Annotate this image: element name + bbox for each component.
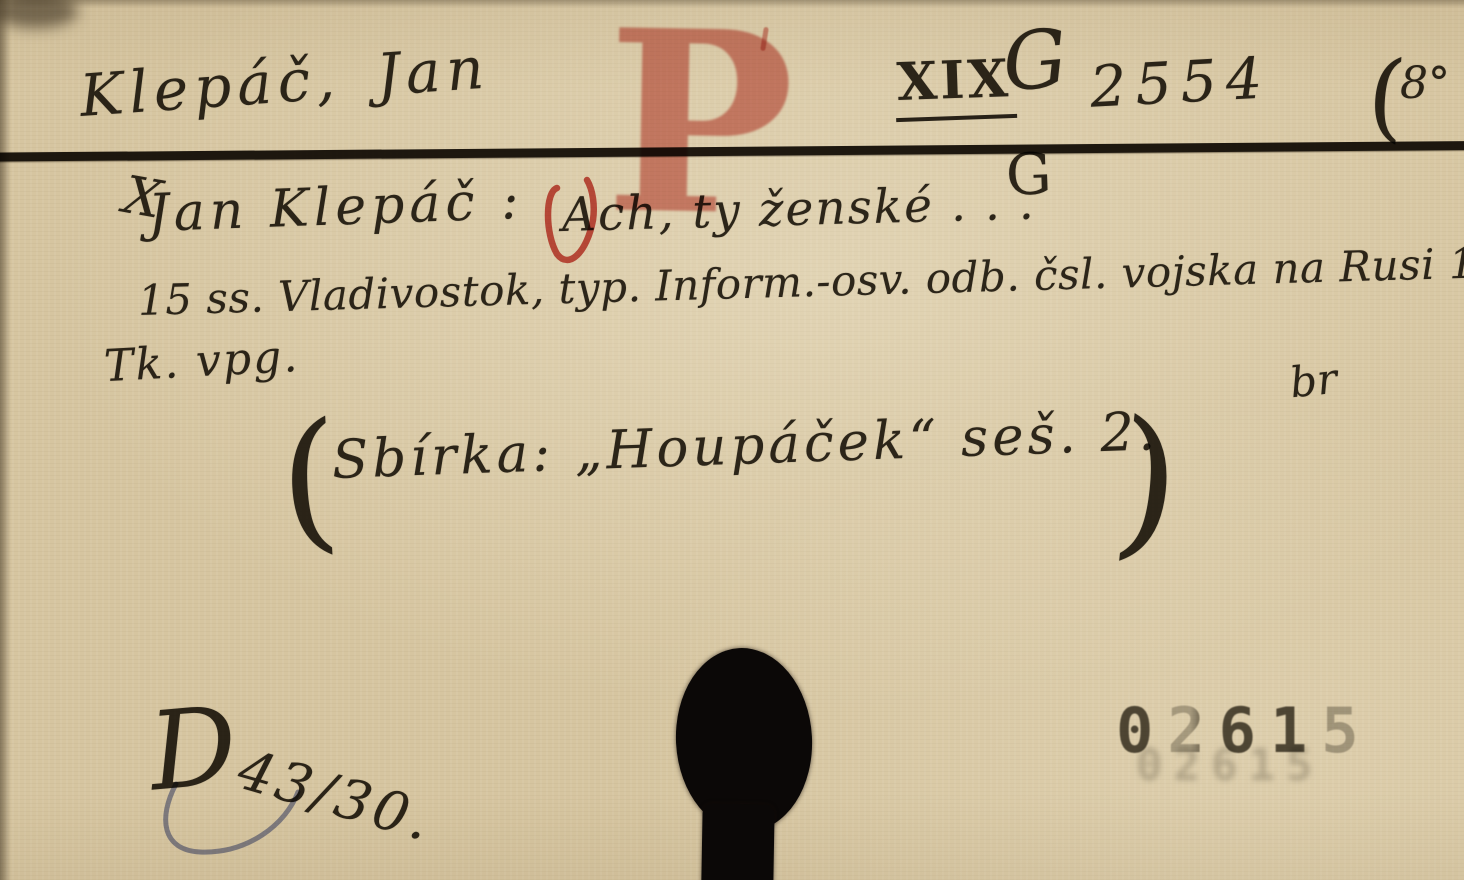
library-stamp-ghost: 02615 — [1136, 740, 1323, 791]
blue-underline-stroke — [148, 778, 333, 868]
punch-hole-stem — [701, 803, 774, 880]
catalog-card-scan: P Klepáč, Jan XIX G 2554 ( 8° G X Jan Kl… — [0, 0, 1464, 880]
call-number-letter: G — [999, 11, 1071, 109]
call-number-roman: XIX — [894, 48, 1017, 122]
format-value: 8° — [1400, 58, 1450, 109]
print-note: Tk. vpg. — [103, 331, 301, 392]
left-edge-shadow — [0, 0, 11, 880]
call-number-digits: 2554 — [1088, 45, 1272, 120]
binding-note: br — [1288, 354, 1340, 408]
